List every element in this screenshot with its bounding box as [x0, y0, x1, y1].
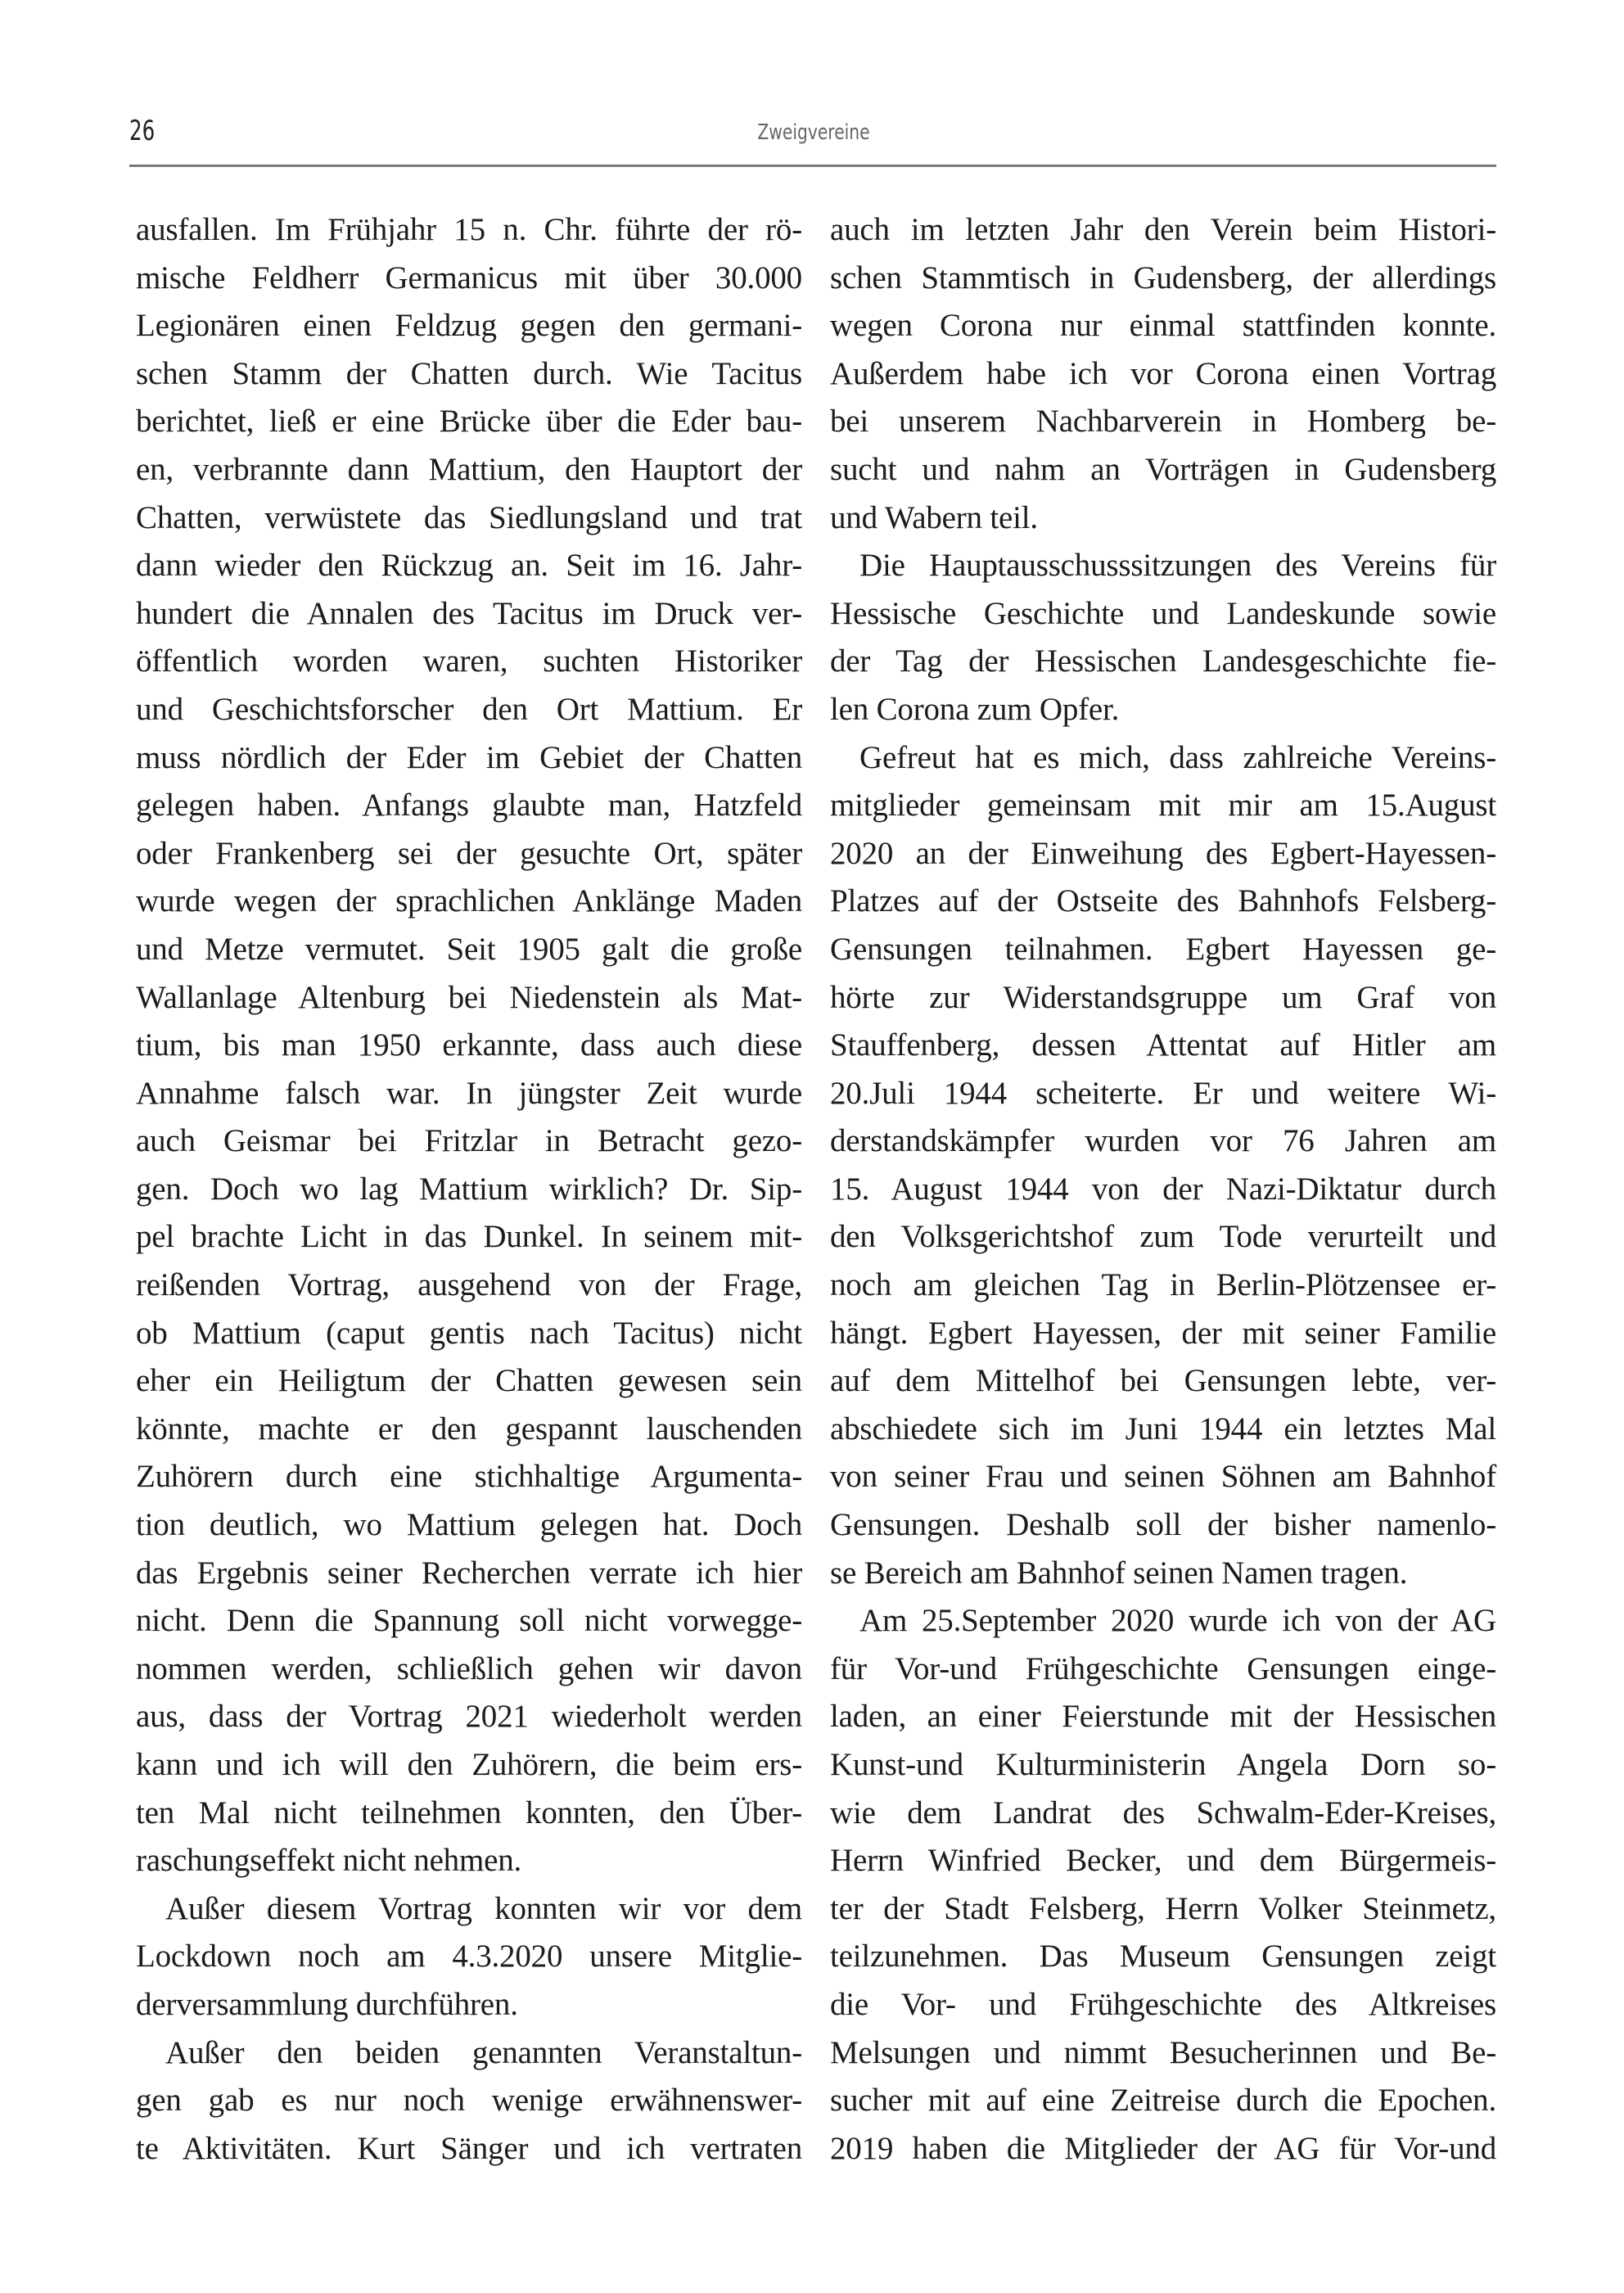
text-line: len Corona zum Opfer.	[830, 686, 1496, 734]
header-rule	[129, 165, 1496, 167]
right-column: auch im letzten Jahr den Verein beim His…	[830, 206, 1496, 2173]
text-line: schen Stamm der Chatten durch. Wie Tacit…	[136, 350, 802, 399]
text-line: auch Geismar bei Fritzlar in Betracht ge…	[136, 1117, 802, 1166]
text-line: öffentlich worden waren, suchten Histori…	[136, 638, 802, 686]
text-line: berichtet, ließ er eine Brücke über die …	[136, 398, 802, 446]
text-line: abschiedete sich im Juni 1944 ein letzte…	[830, 1406, 1496, 1454]
text-line: ob Mattium (caput gentis nach Tacitus) n…	[136, 1310, 802, 1358]
text-line: mische Feldherr Germanicus mit über 30.0…	[136, 255, 802, 303]
text-line: hängt. Egbert Hayessen, der mit seiner F…	[830, 1310, 1496, 1358]
text-line: laden, an einer Feierstunde mit der Hess…	[830, 1693, 1496, 1741]
text-line: bei unserem Nachbarverein in Homberg be-	[830, 398, 1496, 446]
text-line: noch am gleichen Tag in Berlin-Plötzense…	[830, 1262, 1496, 1310]
text-line: Annahme falsch war. In jüngster Zeit wur…	[136, 1070, 802, 1118]
text-line: wie dem Landrat des Schwalm-Eder-Kreises…	[830, 1790, 1496, 1838]
text-line: nicht. Denn die Spannung soll nicht vorw…	[136, 1597, 802, 1645]
text-line: für Vor-und Frühgeschichte Gensungen ein…	[830, 1645, 1496, 1694]
text-line: Außerdem habe ich vor Corona einen Vortr…	[830, 350, 1496, 399]
text-line: 2020 an der Einweihung des Egbert-Hayess…	[830, 830, 1496, 878]
text-line: eher ein Heiligtum der Chatten gewesen s…	[136, 1357, 802, 1406]
text-line: auch im letzten Jahr den Verein beim His…	[830, 206, 1496, 255]
text-line: auf dem Mittelhof bei Gensungen lebte, v…	[830, 1357, 1496, 1406]
text-line: Die Hauptausschusssitzungen des Vereins …	[830, 542, 1496, 590]
text-line: derstandskämpfer wurden vor 76 Jahren am	[830, 1117, 1496, 1166]
text-line: und Wabern teil.	[830, 494, 1496, 543]
text-line: Stauffenberg, dessen Attentat auf Hitler…	[830, 1022, 1496, 1070]
text-line: Kunst-und Kulturministerin Angela Dorn s…	[830, 1741, 1496, 1790]
text-line: tion deutlich, wo Mattium gelegen hat. D…	[136, 1501, 802, 1550]
text-line: aus, dass der Vortrag 2021 wiederholt we…	[136, 1693, 802, 1741]
text-line: se Bereich am Bahnhof seinen Namen trage…	[830, 1550, 1496, 1598]
text-line: Lockdown noch am 4.3.2020 unsere Mitglie…	[136, 1933, 802, 1981]
text-line: Außer den beiden genannten Veranstaltun-	[136, 2029, 802, 2078]
text-line: Platzes auf der Ostseite des Bahnhofs Fe…	[830, 878, 1496, 926]
text-line: ter der Stadt Felsberg, Herrn Volker Ste…	[830, 1885, 1496, 1934]
text-line: mitglieder gemeinsam mit mir am 15.Augus…	[830, 782, 1496, 830]
text-line: oder Frankenberg sei der gesuchte Ort, s…	[136, 830, 802, 878]
text-line: tium, bis man 1950 erkannte, dass auch d…	[136, 1022, 802, 1070]
text-line: Herrn Winfried Becker, und dem Bürgermei…	[830, 1837, 1496, 1885]
text-line: ausfallen. Im Frühjahr 15 n. Chr. führte…	[136, 206, 802, 255]
text-line: Hessische Geschichte und Landeskunde sow…	[830, 590, 1496, 639]
text-line: pel brachte Licht in das Dunkel. In sein…	[136, 1213, 802, 1262]
text-line: kann und ich will den Zuhörern, die beim…	[136, 1741, 802, 1790]
text-line: reißenden Vortrag, ausgehend von der Fra…	[136, 1262, 802, 1310]
text-line: teilzunehmen. Das Museum Gensungen zeigt	[830, 1933, 1496, 1981]
document-page: 26 Zweigvereine ausfallen. Im Frühjahr 1…	[0, 0, 1624, 2293]
text-line: dann wieder den Rückzug an. Seit im 16. …	[136, 542, 802, 590]
text-line: ten Mal nicht teilnehmen konnten, den Üb…	[136, 1790, 802, 1838]
text-line: hundert die Annalen des Tacitus im Druck…	[136, 590, 802, 639]
text-line: das Ergebnis seiner Recherchen verrate i…	[136, 1550, 802, 1598]
text-line: muss nördlich der Eder im Gebiet der Cha…	[136, 734, 802, 783]
text-line: Gensungen teilnahmen. Egbert Hayessen ge…	[830, 926, 1496, 974]
text-line: sucher mit auf eine Zeitreise durch die …	[830, 2077, 1496, 2125]
text-line: hörte zur Widerstandsgruppe um Graf von	[830, 974, 1496, 1022]
text-line: 20.Juli 1944 scheiterte. Er und weitere …	[830, 1070, 1496, 1118]
text-line: gelegen haben. Anfangs glaubte man, Hatz…	[136, 782, 802, 830]
text-line: könnte, machte er den gespannt lauschend…	[136, 1406, 802, 1454]
text-line: en, verbrannte dann Mattium, den Hauptor…	[136, 446, 802, 494]
text-line: wurde wegen der sprachlichen Anklänge Ma…	[136, 878, 802, 926]
text-line: der Tag der Hessischen Landesgeschichte …	[830, 638, 1496, 686]
text-line: Außer diesem Vortrag konnten wir vor dem	[136, 1885, 802, 1934]
text-line: derversammlung durchführen.	[136, 1981, 802, 2029]
text-line: den Volksgerichtshof zum Tode verurteilt…	[830, 1213, 1496, 1262]
text-line: sucht und nahm an Vorträgen in Gudensber…	[830, 446, 1496, 494]
text-line: schen Stammtisch in Gudensberg, der alle…	[830, 255, 1496, 303]
text-line: te Aktivitäten. Kurt Sänger und ich vert…	[136, 2125, 802, 2173]
text-line: wegen Corona nur einmal stattfinden konn…	[830, 302, 1496, 350]
text-line: nommen werden, schließlich gehen wir dav…	[136, 1645, 802, 1694]
text-line: Legionären einen Feldzug gegen den germa…	[136, 302, 802, 350]
text-line: 15. August 1944 von der Nazi-Diktatur du…	[830, 1166, 1496, 1214]
left-column: ausfallen. Im Frühjahr 15 n. Chr. führte…	[136, 206, 802, 2173]
text-line: Gensungen. Deshalb soll der bisher namen…	[830, 1501, 1496, 1550]
text-line: Gefreut hat es mich, dass zahlreiche Ver…	[830, 734, 1496, 783]
text-line: raschungseffekt nicht nehmen.	[136, 1837, 802, 1885]
text-line: und Metze vermutet. Seit 1905 galt die g…	[136, 926, 802, 974]
text-line: Wallanlage Altenburg bei Niedenstein als…	[136, 974, 802, 1022]
text-line: Zuhörern durch eine stichhaltige Argumen…	[136, 1453, 802, 1501]
section-title-text: Zweigvereine	[757, 120, 869, 146]
text-line: Melsungen und nimmt Besucherinnen und Be…	[830, 2029, 1496, 2078]
text-line: und Geschichtsforscher den Ort Mattium. …	[136, 686, 802, 734]
section-title: Zweigvereine	[129, 120, 1498, 146]
text-line: gen. Doch wo lag Mattium wirklich? Dr. S…	[136, 1166, 802, 1214]
text-line: Am 25.September 2020 wurde ich von der A…	[830, 1597, 1496, 1645]
text-line: von seiner Frau und seinen Söhnen am Bah…	[830, 1453, 1496, 1501]
text-line: Chatten, verwüstete das Siedlungsland un…	[136, 494, 802, 543]
text-line: gen gab es nur noch wenige erwähnenswer-	[136, 2077, 802, 2125]
running-header: 26 Zweigvereine	[129, 115, 1498, 164]
text-line: die Vor- und Frühgeschichte des Altkreis…	[830, 1981, 1496, 2029]
text-line: 2019 haben die Mitglieder der AG für Vor…	[830, 2125, 1496, 2173]
